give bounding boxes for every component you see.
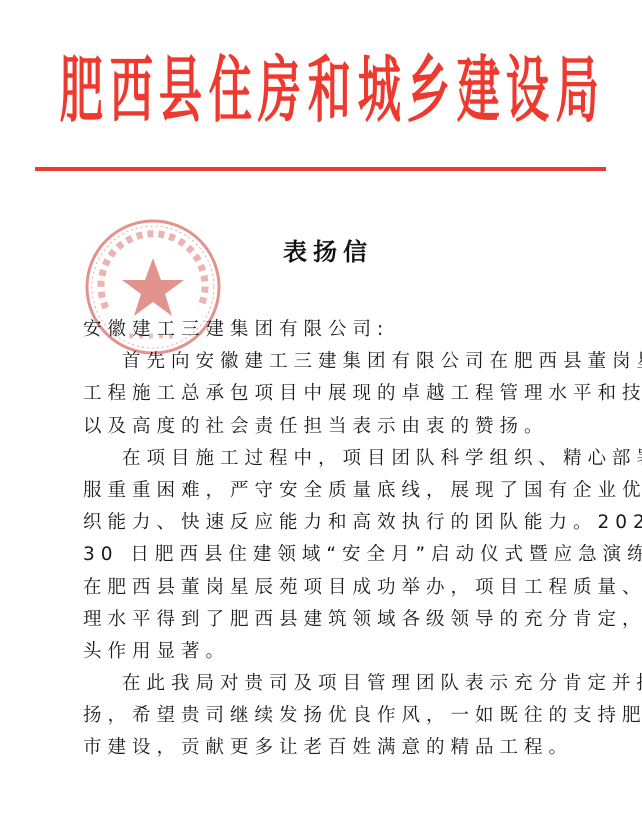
letterhead-org-name: 肥 西 县 住 房 和 城 乡 建 设 局 bbox=[50, 30, 595, 150]
body-line: 织能力、快速反应能力和高效执行的团队能力。2025 年 5 月 bbox=[83, 507, 601, 539]
letterhead-char: 局 bbox=[556, 54, 585, 126]
letterhead-char: 住 bbox=[209, 54, 238, 126]
letterhead-char: 建 bbox=[457, 54, 486, 126]
salutation: 安徽建工三建集团有限公司: bbox=[83, 314, 601, 346]
letterhead-char: 西 bbox=[109, 54, 138, 126]
body-line: 市建设，贡献更多让老百姓满意的精品工程。 bbox=[83, 732, 601, 764]
body-line: 服重重困难，严守安全质量底线，展现了国有企业优秀的组 bbox=[83, 475, 601, 507]
letterhead-divider bbox=[35, 167, 606, 171]
body-line: 30 日肥西县住建领域“安全月”启动仪式暨应急演练观摩会 bbox=[83, 539, 601, 571]
letterhead-char: 肥 bbox=[60, 54, 89, 126]
letterhead-char: 和 bbox=[308, 54, 337, 126]
body-line: 头作用显著。 bbox=[83, 636, 601, 668]
body-line: 以及高度的社会责任担当表示由衷的赞扬。 bbox=[83, 411, 601, 443]
letterhead-char: 县 bbox=[159, 54, 188, 126]
body-line: 在此我局对贵司及项目管理团队表示充分肯定并提出表 bbox=[83, 668, 601, 700]
letter-body: 安徽建工三建集团有限公司: 首先向安徽建工三建集团有限公司在肥西县董岗星辰苑 工… bbox=[83, 314, 601, 765]
body-line: 在项目施工过程中，项目团队科学组织、精心部署、克 bbox=[83, 443, 601, 475]
document-title: 表扬信 bbox=[0, 232, 642, 267]
letterhead-char: 设 bbox=[506, 54, 535, 126]
letterhead-char: 乡 bbox=[407, 54, 436, 126]
body-line: 首先向安徽建工三建集团有限公司在肥西县董岗星辰苑 bbox=[83, 346, 601, 378]
body-line: 扬，希望贵司继续发扬优良作风，一如既往的支持肥西县城 bbox=[83, 700, 601, 732]
letterhead-char: 房 bbox=[258, 54, 287, 126]
body-line: 理水平得到了肥西县建筑领域各级领导的充分肯定，示范带 bbox=[83, 604, 601, 636]
body-line: 工程施工总承包项目中展现的卓越工程管理水平和技术实力 bbox=[83, 378, 601, 410]
body-line: 在肥西县董岗星辰苑项目成功举办，项目工程质量、安全管 bbox=[83, 572, 601, 604]
letterhead-char: 城 bbox=[357, 54, 386, 126]
